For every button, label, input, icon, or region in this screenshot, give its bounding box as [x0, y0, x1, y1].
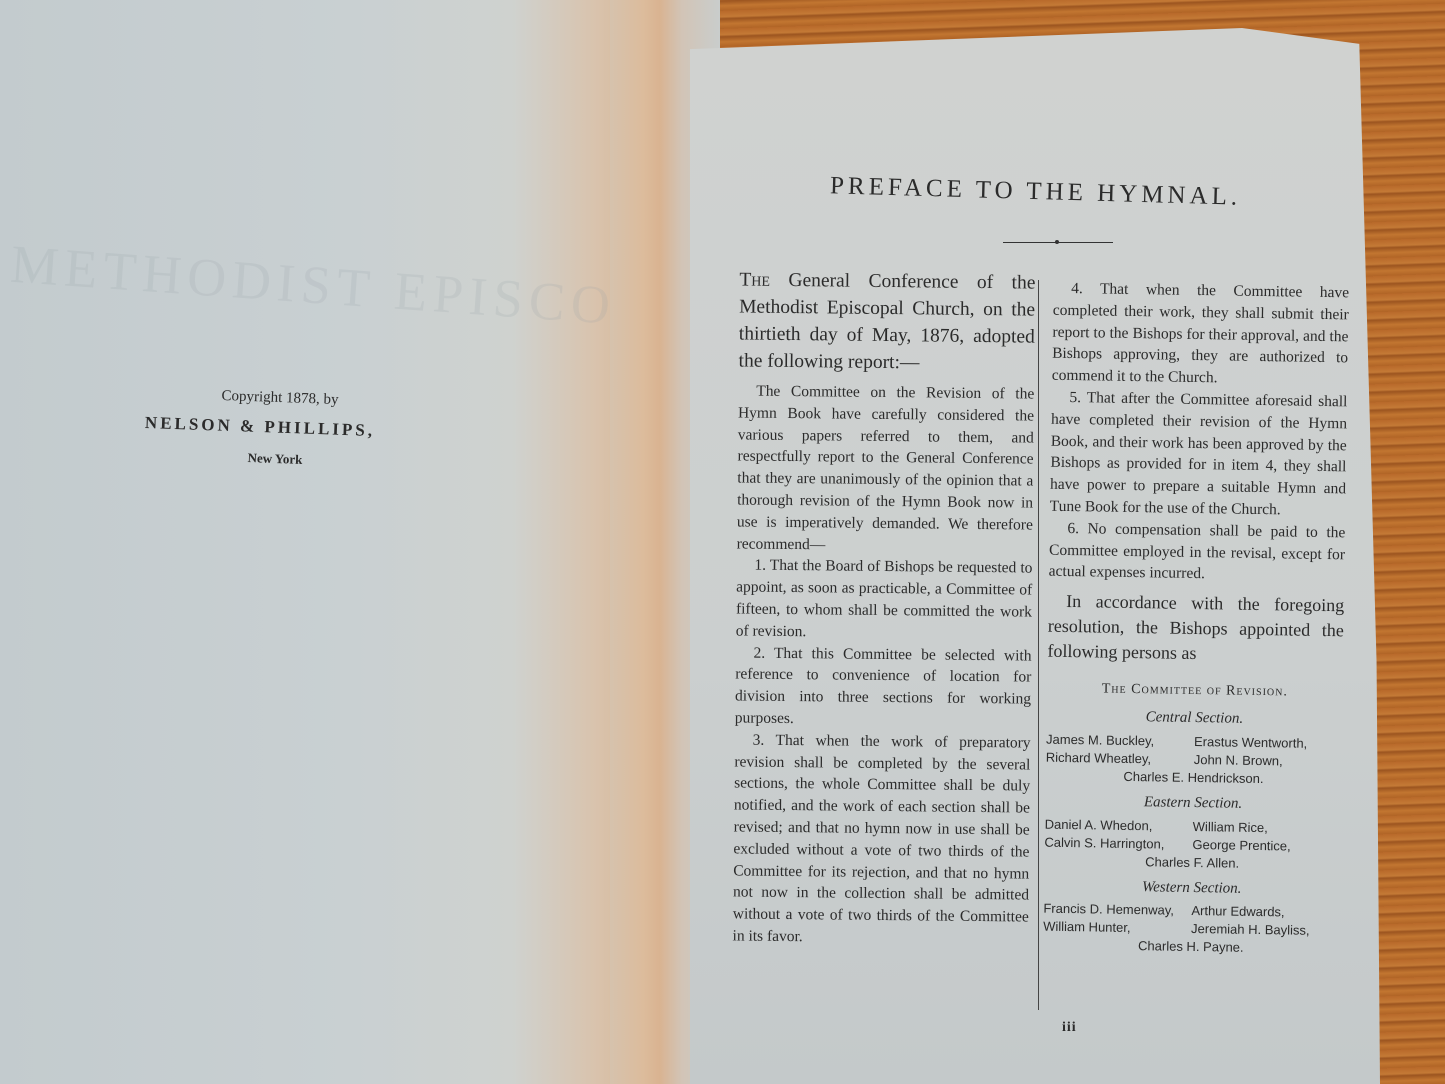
- name-list: James M. Buckley,Erastus Wentworth, Rich…: [1045, 730, 1342, 789]
- left-column: The General Conference of the Methodist …: [732, 266, 1035, 950]
- publisher-name: NELSON & PHILLIPS,: [60, 410, 460, 444]
- section-eastern: Eastern Section. Daniel A. Whedon,Willia…: [1044, 790, 1341, 873]
- resolution-item-3: 3. That when the work of preparatory rev…: [732, 729, 1030, 950]
- resolution-item-1: 1. That the Board of Bishops be requeste…: [736, 555, 1033, 645]
- copyright-block: Copyright 1878, by NELSON & PHILLIPS, Ne…: [60, 390, 460, 467]
- member-name: Calvin S. Harrington,: [1044, 833, 1192, 853]
- intro-paragraph: The General Conference of the Methodist …: [738, 266, 1035, 377]
- member-name: Erastus Wentworth,: [1194, 733, 1342, 753]
- report-intro: The Committee on the Revision of the Hym…: [737, 380, 1035, 557]
- right-column: 4. That when the Committee have complete…: [1043, 278, 1350, 959]
- resolution-item-2: 2. That this Committee be selected with …: [735, 642, 1032, 732]
- intro-text: General Conference of the Methodist Epis…: [738, 270, 1035, 374]
- member-name: George Prentice,: [1192, 836, 1340, 856]
- intro-lead-word: The: [739, 269, 770, 290]
- member-name: Richard Wheatley,: [1046, 748, 1194, 768]
- member-name: John N. Brown,: [1194, 751, 1342, 771]
- left-page: METHODIST EPISCOPAL CH Copyright 1878, b…: [0, 0, 640, 1084]
- resolution-paragraph: In accordance with the foregoing resolut…: [1047, 589, 1344, 669]
- committee-heading: The Committee of Revision.: [1047, 678, 1343, 704]
- name-list: Daniel A. Whedon,William Rice, Calvin S.…: [1044, 815, 1341, 874]
- publisher-city: New York: [90, 445, 460, 474]
- member-name: Daniel A. Whedon,: [1045, 815, 1193, 835]
- section-central: Central Section. James M. Buckley,Erastu…: [1045, 706, 1342, 789]
- resolution-item-6: 6. No compensation shall be paid to the …: [1049, 517, 1346, 587]
- member-name: William Hunter,: [1043, 918, 1191, 938]
- right-page: PREFACE TO THE HYMNAL. The General Confe…: [690, 28, 1380, 1084]
- title-ornament-divider: [1003, 242, 1113, 243]
- page-number: iii: [1062, 1020, 1077, 1036]
- member-name: William Rice,: [1193, 818, 1341, 838]
- resolution-item-4: 4. That when the Committee have complete…: [1052, 278, 1350, 392]
- resolution-item-5: 5. That after the Committee aforesaid sh…: [1050, 387, 1348, 522]
- copyright-line: Copyright 1878, by: [100, 384, 460, 414]
- section-heading: Eastern Section.: [1045, 790, 1341, 816]
- section-western: Western Section. Francis D. Hemenway,Art…: [1043, 875, 1340, 958]
- section-heading: Western Section.: [1044, 875, 1340, 901]
- column-divider: [1038, 280, 1039, 1010]
- member-name: Francis D. Hemenway,: [1043, 900, 1191, 920]
- member-name: James M. Buckley,: [1046, 730, 1194, 750]
- section-heading: Central Section.: [1046, 706, 1342, 732]
- member-name: Jeremiah H. Bayliss,: [1191, 920, 1339, 940]
- name-list: Francis D. Hemenway,Arthur Edwards, Will…: [1043, 900, 1340, 959]
- page-title: PREFACE TO THE HYMNAL.: [830, 172, 1242, 211]
- bleed-through-text: METHODIST EPISCOPAL CH: [9, 233, 652, 339]
- member-name: Arthur Edwards,: [1191, 902, 1339, 922]
